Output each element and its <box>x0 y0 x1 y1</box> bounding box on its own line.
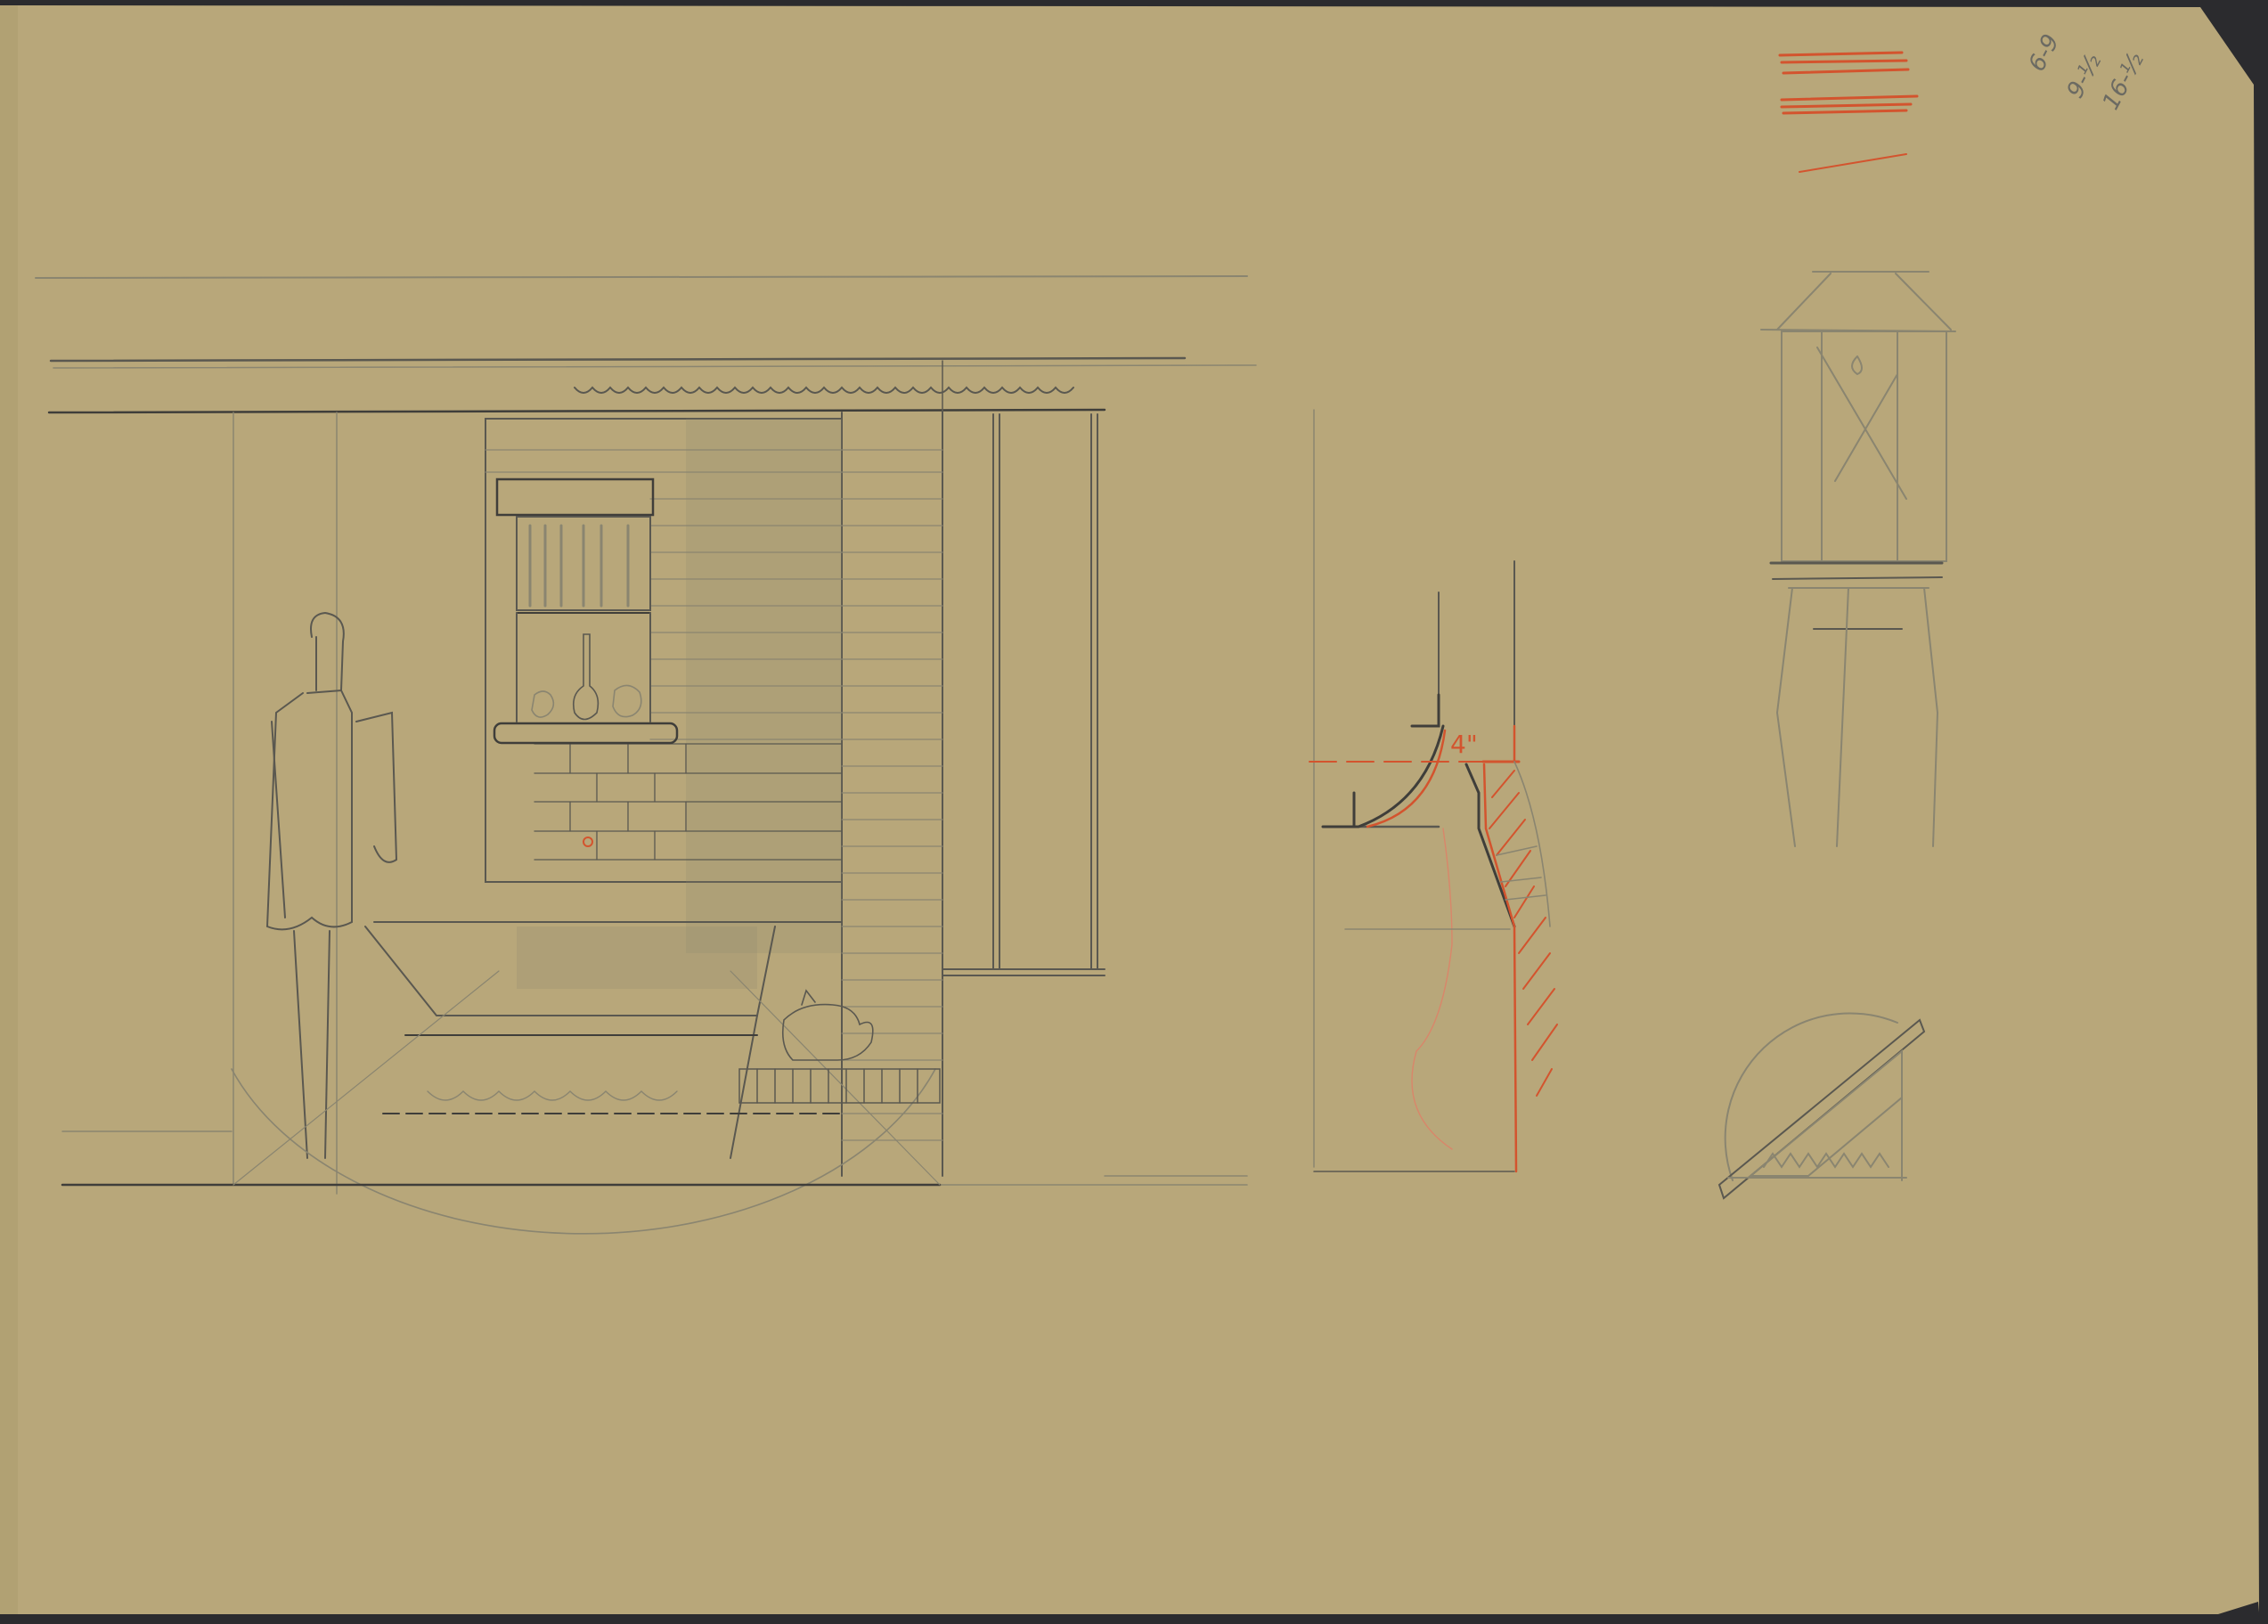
drawing-sheet: 4" <box>0 0 2268 1624</box>
paper <box>0 5 2259 1614</box>
section-dimension-label: 4" <box>1450 730 1478 759</box>
